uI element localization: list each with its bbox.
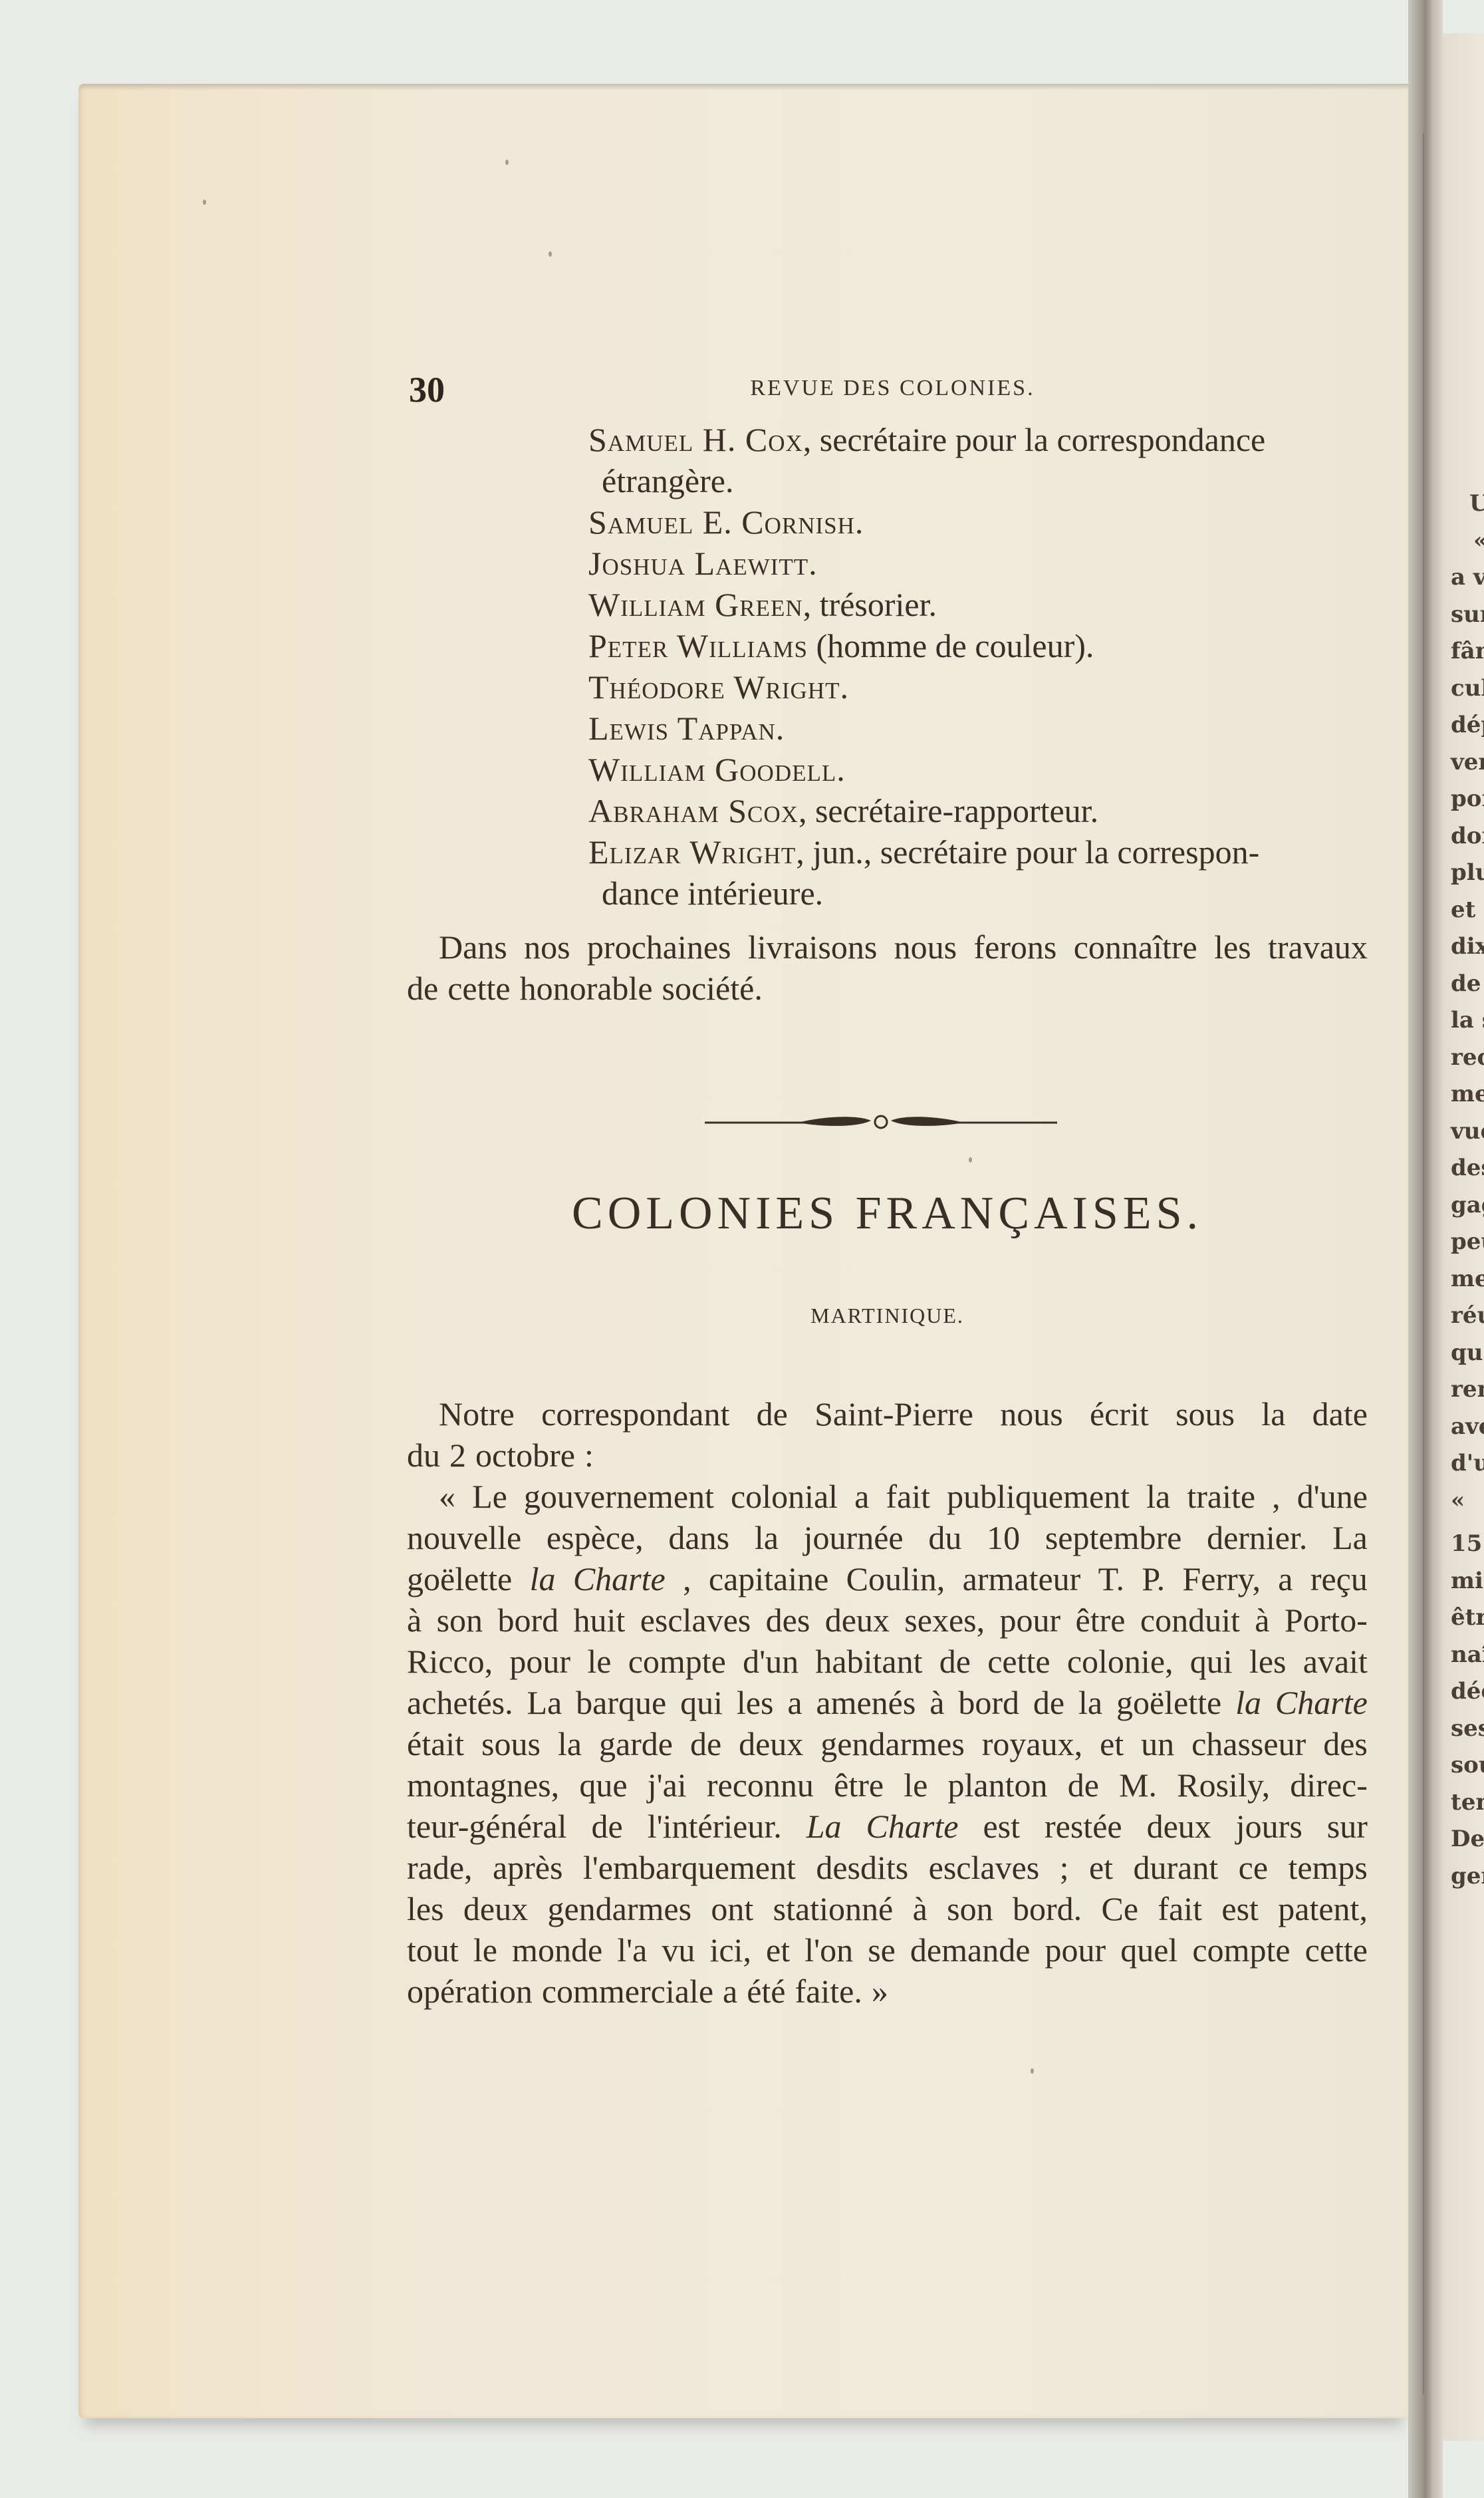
members-list: Samuel H. Cox, secrétaire pour la corres… bbox=[588, 419, 1376, 914]
member-entry: Lewis Tappan. bbox=[588, 708, 1376, 749]
facing-page-text-fragment: ses bbox=[1451, 1717, 1484, 1740]
facing-page-text-fragment: pon bbox=[1451, 787, 1484, 810]
facing-page-text-fragment: des bbox=[1451, 1157, 1484, 1179]
facing-page-text-fragment: « bbox=[1473, 529, 1484, 552]
facing-page-fragment: U«a vesurfâmculidépvenpondonpluet ldixde… bbox=[1443, 33, 1484, 2441]
text-line: rade,aprèsl'embarquementdesditsesclaves;… bbox=[407, 1847, 1368, 1888]
ornament-divider-icon bbox=[705, 1113, 1057, 1133]
facing-page-text-fragment: gag bbox=[1451, 1194, 1484, 1216]
member-name: Samuel E. Cornish. bbox=[588, 503, 864, 541]
member-name: Joshua Laewitt. bbox=[588, 545, 818, 582]
member-entry: William Goodell. bbox=[588, 749, 1376, 790]
facing-page-text-fragment: la s bbox=[1451, 1009, 1484, 1032]
facing-page-text-fragment: être bbox=[1451, 1606, 1484, 1629]
text-line: étaitsouslagardededeuxgendarmesroyaux,et… bbox=[407, 1723, 1368, 1764]
facing-page-text-fragment: rec bbox=[1451, 1046, 1484, 1069]
facing-page-text-fragment: ger bbox=[1451, 1865, 1484, 1887]
facing-page-text-fragment: vue bbox=[1451, 1120, 1484, 1143]
facing-page-text-fragment: ave bbox=[1451, 1415, 1484, 1438]
member-role: , secrétaire-rapporteur. bbox=[799, 792, 1098, 829]
facing-page-text-fragment: culi bbox=[1451, 677, 1484, 700]
text-line: teur-généraldel'intérieur.LaCharteestres… bbox=[407, 1806, 1368, 1847]
facing-page-text-fragment: qu' bbox=[1451, 1341, 1484, 1364]
facing-page-text-fragment: déc bbox=[1451, 1680, 1484, 1703]
member-entry: Joshua Laewitt. bbox=[588, 543, 1376, 584]
journal-title: REVUE DES COLONIES. bbox=[409, 376, 1376, 401]
member-name: William Goodell. bbox=[588, 751, 846, 788]
member-name: Peter Williams bbox=[588, 627, 808, 664]
facing-page-text-fragment: dép bbox=[1451, 714, 1484, 736]
member-role-continuation: dance intérieure. bbox=[588, 873, 1376, 914]
facing-page-text-fragment: fâm bbox=[1451, 640, 1484, 662]
facing-page-text-fragment: « bbox=[1451, 1489, 1465, 1512]
facing-page-text-fragment: d'u bbox=[1451, 1452, 1484, 1474]
text-line: nouvelleespèce,danslajournéedu10septembr… bbox=[407, 1517, 1368, 1558]
member-name: Elizar Wright bbox=[588, 833, 796, 871]
quote-paragraph: «Legouvernementcolonialafaitpubliquement… bbox=[407, 1476, 1368, 2012]
text-line: Ricco,pourlecompted'unhabitantdecettecol… bbox=[407, 1641, 1368, 1682]
member-role-continuation: étrangère. bbox=[588, 460, 1376, 501]
text-line: goëlettelaCharte,capitaineCoulin,armateu… bbox=[407, 1558, 1368, 1599]
member-entry: Samuel E. Cornish. bbox=[588, 501, 1376, 543]
member-entry: William Green, trésorier. bbox=[588, 584, 1376, 625]
member-entry: Abraham Scox, secrétaire-rapporteur. bbox=[588, 790, 1376, 831]
text-line: lesdeuxgendarmesontstationnéàsonbord.Cef… bbox=[407, 1888, 1368, 1929]
facing-page-text-fragment: don bbox=[1451, 825, 1484, 847]
subsection-title: MARTINIQUE. bbox=[407, 1304, 1368, 1328]
closing-paragraph: Dansnosprochaineslivraisonsnousferonscon… bbox=[407, 926, 1368, 1009]
intro-paragraph: NotrecorrespondantdeSaint-Pierrenousécri… bbox=[407, 1393, 1368, 1476]
member-role: , trésorier. bbox=[803, 586, 937, 623]
section-title: COLONIES FRANÇAISES. bbox=[407, 1187, 1368, 1240]
facing-page-text-fragment: U bbox=[1469, 492, 1484, 515]
paper-speck bbox=[203, 200, 206, 205]
facing-page-text-fragment: min bbox=[1451, 1570, 1484, 1592]
member-entry: Samuel H. Cox, secrétaire pour la corres… bbox=[588, 419, 1376, 501]
facing-page-text-fragment: me bbox=[1451, 1083, 1484, 1105]
facing-page-text-fragment: sur bbox=[1451, 603, 1484, 626]
member-entry: Elizar Wright, jun., secrétaire pour la … bbox=[588, 831, 1376, 914]
text-line: «Legouvernementcolonialafaitpubliquement… bbox=[407, 1476, 1368, 1517]
text-line: àsonbordhuitesclavesdesdeuxsexes,pourêtr… bbox=[407, 1599, 1368, 1641]
facing-page-text-fragment: ten bbox=[1451, 1791, 1484, 1814]
member-name: Samuel H. Cox bbox=[588, 421, 803, 458]
text-line: opérationcommercialeaétéfaite.» bbox=[407, 1971, 1368, 2012]
member-entry: Théodore Wright. bbox=[588, 666, 1376, 708]
facing-page-text-fragment: sou bbox=[1451, 1754, 1484, 1776]
member-name: William Green bbox=[588, 586, 803, 623]
facing-page-text-fragment: 15 bbox=[1451, 1532, 1482, 1555]
facing-page-text-fragment: de l bbox=[1451, 972, 1484, 995]
text-line: NotrecorrespondantdeSaint-Pierrenousécri… bbox=[407, 1393, 1368, 1435]
member-role: , jun., secrétaire pour la correspon- bbox=[796, 833, 1259, 871]
facing-page-text-fragment: mer bbox=[1451, 1268, 1484, 1290]
facing-page-text-fragment: réu bbox=[1451, 1304, 1484, 1327]
text-line: montagnes,quej'aireconnuêtreleplantondeM… bbox=[407, 1764, 1368, 1806]
member-name: Théodore Wright. bbox=[588, 668, 849, 706]
text-line: Dansnosprochaineslivraisonsnousferonscon… bbox=[407, 926, 1368, 968]
member-name: Lewis Tappan. bbox=[588, 710, 785, 747]
member-name: Abraham Scox bbox=[588, 792, 799, 829]
facing-page-text-fragment: peu bbox=[1451, 1230, 1484, 1253]
facing-page-text-fragment: a ve bbox=[1451, 566, 1484, 589]
paper-speck bbox=[969, 1157, 972, 1163]
paper-speck bbox=[1031, 2068, 1034, 2074]
facing-page-text-fragment: ven bbox=[1451, 751, 1484, 773]
member-entry: Peter Williams (homme de couleur). bbox=[588, 625, 1376, 666]
paper-speck bbox=[505, 160, 509, 165]
facing-page-text-fragment: dix bbox=[1451, 935, 1484, 958]
facing-page-text-fragment: Deu bbox=[1451, 1828, 1484, 1850]
paper-speck bbox=[549, 251, 552, 257]
text-line: du2octobre: bbox=[407, 1435, 1368, 1476]
member-role: (homme de couleur). bbox=[808, 627, 1094, 664]
facing-page-text-fragment: plu bbox=[1451, 861, 1484, 884]
book-gutter bbox=[1408, 0, 1443, 2498]
facing-page-text-fragment: et l bbox=[1451, 899, 1484, 921]
text-line: decettehonorablesociété. bbox=[407, 968, 1368, 1009]
facing-page-text-fragment: naît bbox=[1451, 1643, 1484, 1666]
member-role: , secrétaire pour la correspondance bbox=[803, 421, 1265, 458]
facing-page-text-fragment: ren bbox=[1451, 1378, 1484, 1401]
text-line: toutlemondel'avuici,etl'onsedemandepourq… bbox=[407, 1929, 1368, 1971]
text-line: achetés.Labarquequilesaamenésàborddelago… bbox=[407, 1682, 1368, 1723]
running-head: 30 REVUE DES COLONIES. bbox=[409, 369, 1376, 409]
